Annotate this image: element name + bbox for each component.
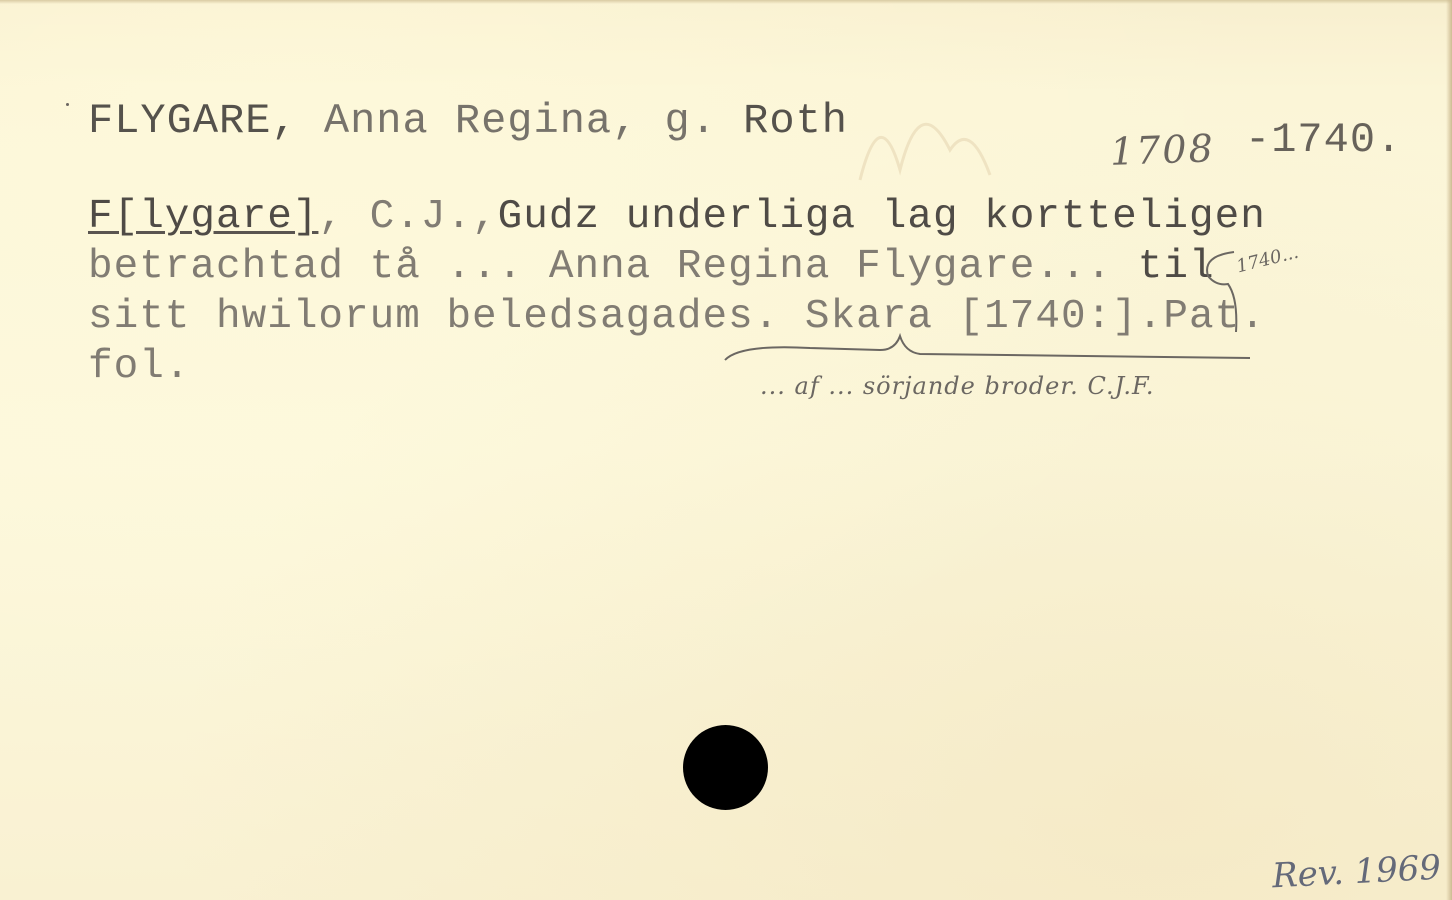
married-name: Roth (743, 97, 848, 145)
catalog-card: FLYGARE, Anna Regina, g. Roth 1708 -1740… (0, 0, 1452, 900)
married-prefix: g. (665, 97, 717, 145)
revision-note: Rev. 1969 (1271, 848, 1442, 897)
card-heading: FLYGARE, Anna Regina, g. Roth (88, 96, 848, 146)
card-top-edge (0, 0, 1452, 4)
given-names: Anna Regina, (324, 97, 638, 145)
death-year: -1740. (1245, 116, 1402, 164)
card-right-edge (1446, 0, 1452, 900)
faint-pencil-mark (840, 80, 1000, 200)
punch-hole (683, 725, 768, 810)
surname: FLYGARE, (88, 97, 298, 145)
margin-dot (66, 103, 69, 106)
title-line-2: betrachtad tå ... Anna Regina Flygare... (88, 244, 1112, 290)
title-start: Gudz underliga lag kortteligen (498, 194, 1266, 240)
birth-year-handwritten: 1708 (1109, 126, 1215, 174)
handwritten-note: ... af ... sörjande broder. C.J.F. (760, 372, 1155, 400)
format-line: fol. (88, 344, 190, 390)
insert-bracket-mark (1200, 248, 1240, 334)
author-initials: , C.J., (318, 194, 497, 240)
author-abbrev: F[lygare] (88, 194, 318, 240)
